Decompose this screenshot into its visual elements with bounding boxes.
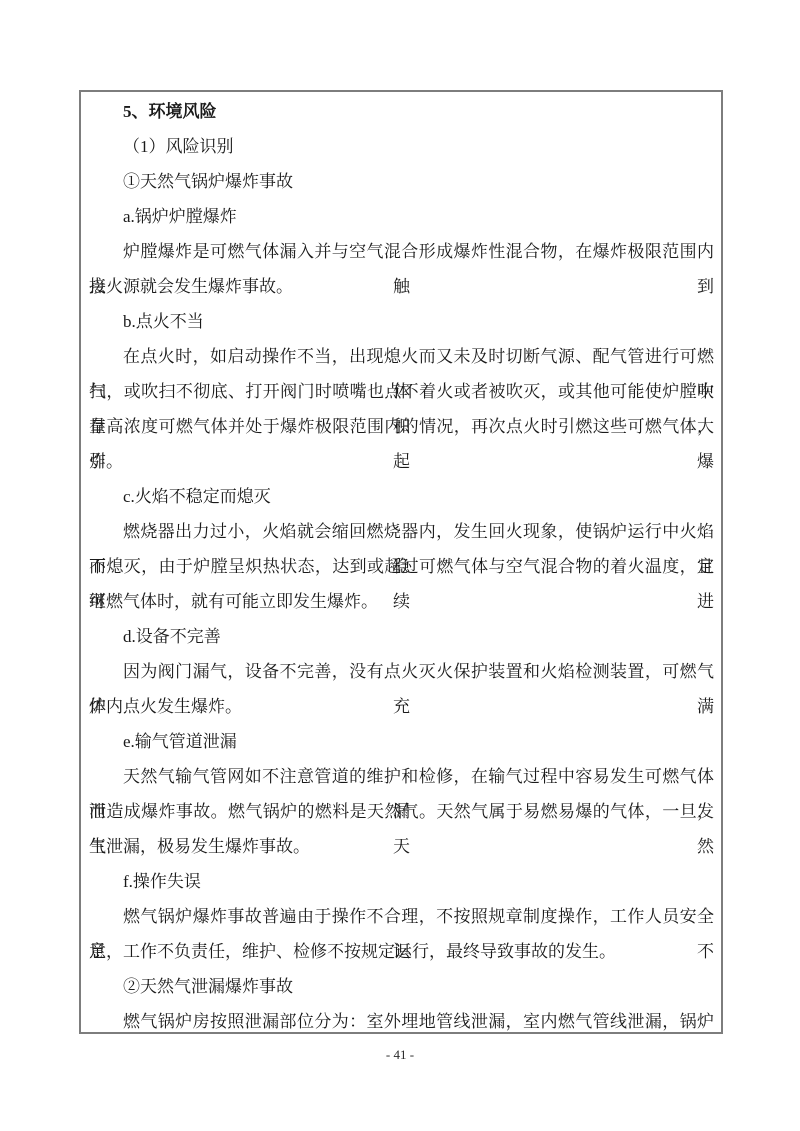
text-line: ①天然气锅炉爆炸事故 (89, 164, 714, 199)
text-line: b.点火不当 (89, 304, 714, 339)
text-line: 燃气锅炉爆炸事故普遍由于操作不合理，不按照规章制度操作，工作人员安全意识不 (89, 899, 714, 934)
text-line: e.输气管道泄漏 (89, 724, 714, 759)
text-line: 5、环境风险 (89, 94, 714, 129)
text-line: 因为阀门漏气，设备不完善，没有点火灭火保护装置和火焰检测装置，可燃气体充满 (89, 654, 714, 689)
text-line: 而造成爆炸事故。燃气锅炉的燃料是天然气。天然气属于易燃易爆的气体，一旦发生天然 (89, 794, 714, 829)
text-line: 量高浓度可燃气体并处于爆炸极限范围内的情况，再次点火时引燃这些可燃气体，引起爆 (89, 409, 714, 444)
text-line: 燃烧器出力过小，火焰就会缩回燃烧器内，发生回火现象，使锅炉运行中火焰不稳定 (89, 514, 714, 549)
page-number: - 41 - (0, 1046, 800, 1064)
content-frame: 5、环境风险（1）风险识别①天然气锅炉爆炸事故a.锅炉炉膛爆炸炉膛爆炸是可燃气体… (79, 90, 723, 1034)
text-line: （1）风险识别 (89, 129, 714, 164)
text-line: a.锅炉炉膛爆炸 (89, 199, 714, 234)
text-line: f.操作失误 (89, 864, 714, 899)
text-line: 燃气锅炉房按照泄漏部位分为：室外埋地管线泄漏，室内燃气管线泄漏，锅炉本体泄 (89, 1004, 714, 1034)
text-content: 5、环境风险（1）风险识别①天然气锅炉爆炸事故a.锅炉炉膛爆炸炉膛爆炸是可燃气体… (81, 92, 721, 1034)
text-line: 而熄灭，由于炉膛呈炽热状态，达到或超过可燃气体与空气混合物的着火温度，且继续进 (89, 549, 714, 584)
text-line: ②天然气泄漏爆炸事故 (89, 969, 714, 1004)
text-line: 炉膛爆炸是可燃气体漏入并与空气混合形成爆炸性混合物，在爆炸极限范围内接触到 (89, 234, 714, 269)
text-line: 扫，或吹扫不彻底、打开阀门时喷嘴也点不着火或者被吹灭，或其他可能使炉膛中存积大 (89, 374, 714, 409)
text-line: 天然气输气管网如不注意管道的维护和检修，在输气过程中容易发生可燃气体泄漏， (89, 759, 714, 794)
text-line: d.设备不完善 (89, 619, 714, 654)
text-line: c.火焰不稳定而熄灭 (89, 479, 714, 514)
text-line: 在点火时，如启动操作不当，出现熄火而又未及时切断气源、配气管进行可燃气体吹 (89, 339, 714, 374)
